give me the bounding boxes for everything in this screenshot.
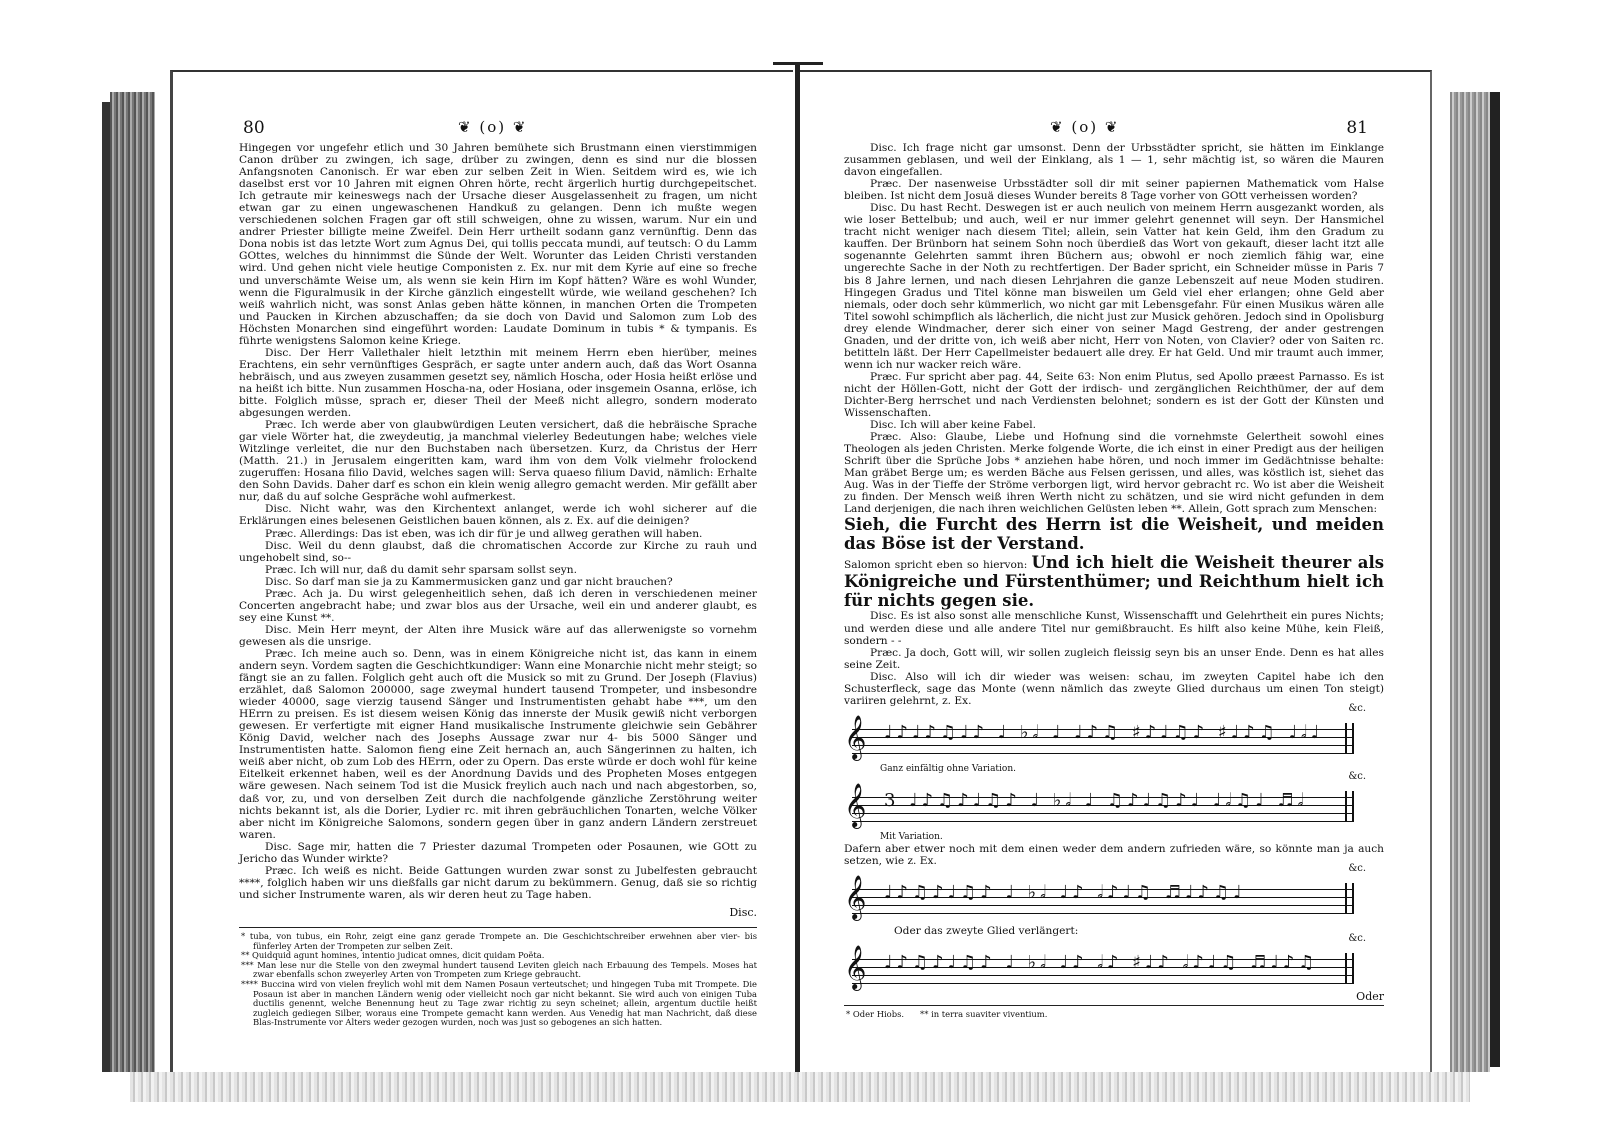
music-notes: 3 ♩♪♫♪♩♫♪ ♩ ♭𝅗𝅥 ♩ ♫♪♩♫♪♩ ♩𝅗𝅥♫♩ ♬𝅗𝅥 xyxy=(884,781,1348,833)
footnote-rule xyxy=(239,927,757,928)
right-page-header: ❦ (o) ❦ 81 xyxy=(800,118,1430,142)
footnote: * Oder Hiobs. ** in terra suaviter viven… xyxy=(844,1010,1384,1020)
etc-mark: &c. xyxy=(1348,771,1366,783)
right-page: ❦ (o) ❦ 81 Disc. Ich frage nicht gar ums… xyxy=(800,70,1432,1072)
music-staff: 𝄞 3 ♩♪♫♪♩♫♪ ♩ ♭𝅗𝅥 ♩ ♫♪♩♫♪♩ ♩𝅗𝅥♫♩ ♬𝅗𝅥 &c. xyxy=(844,781,1384,833)
double-barline xyxy=(1345,791,1354,822)
catchword: Disc. xyxy=(239,907,757,919)
music-staff: 𝄞 ♩♪♫♪♩♫♪ ♩ ♭𝅗𝅥 ♩♪ 𝅗𝅥♪ ♯♩♪ 𝅗𝅥♪♩♫ ♬♩♪♫ &c… xyxy=(844,943,1384,995)
paragraph: Disc. Der Herr Vallethaler hielt letzthi… xyxy=(239,347,757,419)
open-book: 80 ❦ (o) ❦ Hingegen vor ungefehr etlich … xyxy=(110,62,1490,1082)
music-notes: ♩♪♫♪♩♫♪ ♩ ♭𝅗𝅥 ♩♪ 𝅗𝅥♪ ♯♩♪ 𝅗𝅥♪♩♫ ♬♩♪♫ xyxy=(884,943,1348,995)
page-number: 81 xyxy=(1346,118,1368,138)
right-page-edges xyxy=(1450,92,1490,1072)
footnote: *** Man lese nur die Stelle von den zwey… xyxy=(239,961,757,980)
music-notes: ♩♪♩♪♫♩♪ ♩ ♭𝅗𝅥 ♩ ♩♪♫ ♯♪♩♫♪ ♯♩♪♫ ♩𝅗𝅥♩ xyxy=(884,713,1348,765)
music-lead-text: Dafern aber etwer noch mit dem einen wed… xyxy=(844,843,1384,867)
paragraph: Præc. Allerdings: Das ist eben, was ich … xyxy=(239,528,757,540)
paragraph: Disc. Es ist also sonst alle menschliche… xyxy=(844,610,1384,646)
page-number: 80 xyxy=(243,118,265,138)
paragraph: Disc. Mein Herr meynt, der Alten ihre Mu… xyxy=(239,624,757,648)
paragraph: Disc. Sage mir, hatten die 7 Priester da… xyxy=(239,841,757,865)
running-head-ornament: ❦ (o) ❦ xyxy=(1050,118,1119,136)
clef-icon: 𝄞 xyxy=(844,783,866,827)
double-barline xyxy=(1345,883,1354,914)
right-page-body: Disc. Ich frage nicht gar umsonst. Denn … xyxy=(844,142,1384,1020)
paragraph: Disc. Ich frage nicht gar umsonst. Denn … xyxy=(844,142,1384,178)
paragraph: Salomon spricht eben so hiervon: Und ich… xyxy=(844,553,1384,610)
paragraph: Præc. Ich weiß es nicht. Beide Gattungen… xyxy=(239,865,757,901)
paragraph: Hingegen vor ungefehr etlich und 30 Jahr… xyxy=(239,142,757,347)
left-page-edges xyxy=(110,92,155,1072)
paragraph: Præc. Der nasenweise Urbsstädter soll di… xyxy=(844,178,1384,202)
scripture-quote: Sieh, die Furcht des Herrn ist die Weish… xyxy=(844,515,1384,553)
etc-mark: &c. xyxy=(1348,933,1366,945)
clef-icon: 𝄞 xyxy=(844,715,866,759)
paragraph: Præc. Ja doch, Gott will, wir sollen zug… xyxy=(844,647,1384,671)
footnote-rule xyxy=(844,1005,1384,1006)
left-page: 80 ❦ (o) ❦ Hingegen vor ungefehr etlich … xyxy=(170,70,793,1072)
running-head-ornament: ❦ (o) ❦ xyxy=(458,118,527,136)
paragraph: Præc. Fur spricht aber pag. 44, Seite 63… xyxy=(844,371,1384,419)
book-bottom-edge xyxy=(130,1072,1470,1102)
clef-icon: 𝄞 xyxy=(844,945,866,989)
etc-mark: &c. xyxy=(1348,863,1366,875)
double-barline xyxy=(1345,953,1354,984)
clef-icon: 𝄞 xyxy=(844,875,866,919)
etc-mark: &c. xyxy=(1348,703,1366,715)
paragraph: Disc. So darf man sie ja zu Kammermusick… xyxy=(239,576,757,588)
double-barline xyxy=(1345,723,1354,754)
paragraph: Disc. Ich will aber keine Fabel. xyxy=(844,419,1384,431)
paragraph: Præc. Ich meine auch so. Denn, was in ei… xyxy=(239,648,757,841)
paragraph: Disc. Weil du denn glaubst, daß die chro… xyxy=(239,540,757,564)
footnote: * tuba, von tubus, ein Rohr, zeigt eine … xyxy=(239,932,757,951)
footnote-text: * Oder Hiobs. xyxy=(846,1009,904,1019)
paragraph: Præc. Ich werde aber von glaubwürdigen L… xyxy=(239,419,757,503)
paragraph: Præc. Also: Glaube, Liebe und Hofnung si… xyxy=(844,431,1384,515)
paragraph: Disc. Also will ich dir wieder was weise… xyxy=(844,671,1384,707)
music-lead-text: Oder das zweyte Glied verlängert: xyxy=(894,925,1384,937)
left-page-header: 80 ❦ (o) ❦ xyxy=(173,118,793,142)
paragraph: Disc. Du hast Recht. Deswegen ist er auc… xyxy=(844,202,1384,371)
music-staff: 𝄞 ♩♪♩♪♫♩♪ ♩ ♭𝅗𝅥 ♩ ♩♪♫ ♯♪♩♫♪ ♯♩♪♫ ♩𝅗𝅥♩ &c… xyxy=(844,713,1384,765)
footnote-text: ** in terra suaviter viventium. xyxy=(920,1009,1047,1019)
footnote: **** Buccina wird von vielen freylich wo… xyxy=(239,980,757,1028)
paragraph: Disc. Nicht wahr, was den Kirchentext an… xyxy=(239,503,757,527)
paragraph: Præc. Ich will nur, daß du damit sehr sp… xyxy=(239,564,757,576)
paragraph: Præc. Ach ja. Du wirst gelegenheitlich s… xyxy=(239,588,757,624)
music-notes: ♩♪♫♪♩♫♪ ♩ ♭𝅗𝅥 ♩♪ 𝅗𝅥♪♩♫ ♬♩♪♫♩ xyxy=(884,873,1348,925)
music-staff: 𝄞 ♩♪♫♪♩♫♪ ♩ ♭𝅗𝅥 ♩♪ 𝅗𝅥♪♩♫ ♬♩♪♫♩ &c. xyxy=(844,873,1384,925)
left-page-body: Hingegen vor ungefehr etlich und 30 Jahr… xyxy=(239,142,757,1028)
inline-text: Salomon spricht eben so hiervon: xyxy=(844,559,1027,571)
